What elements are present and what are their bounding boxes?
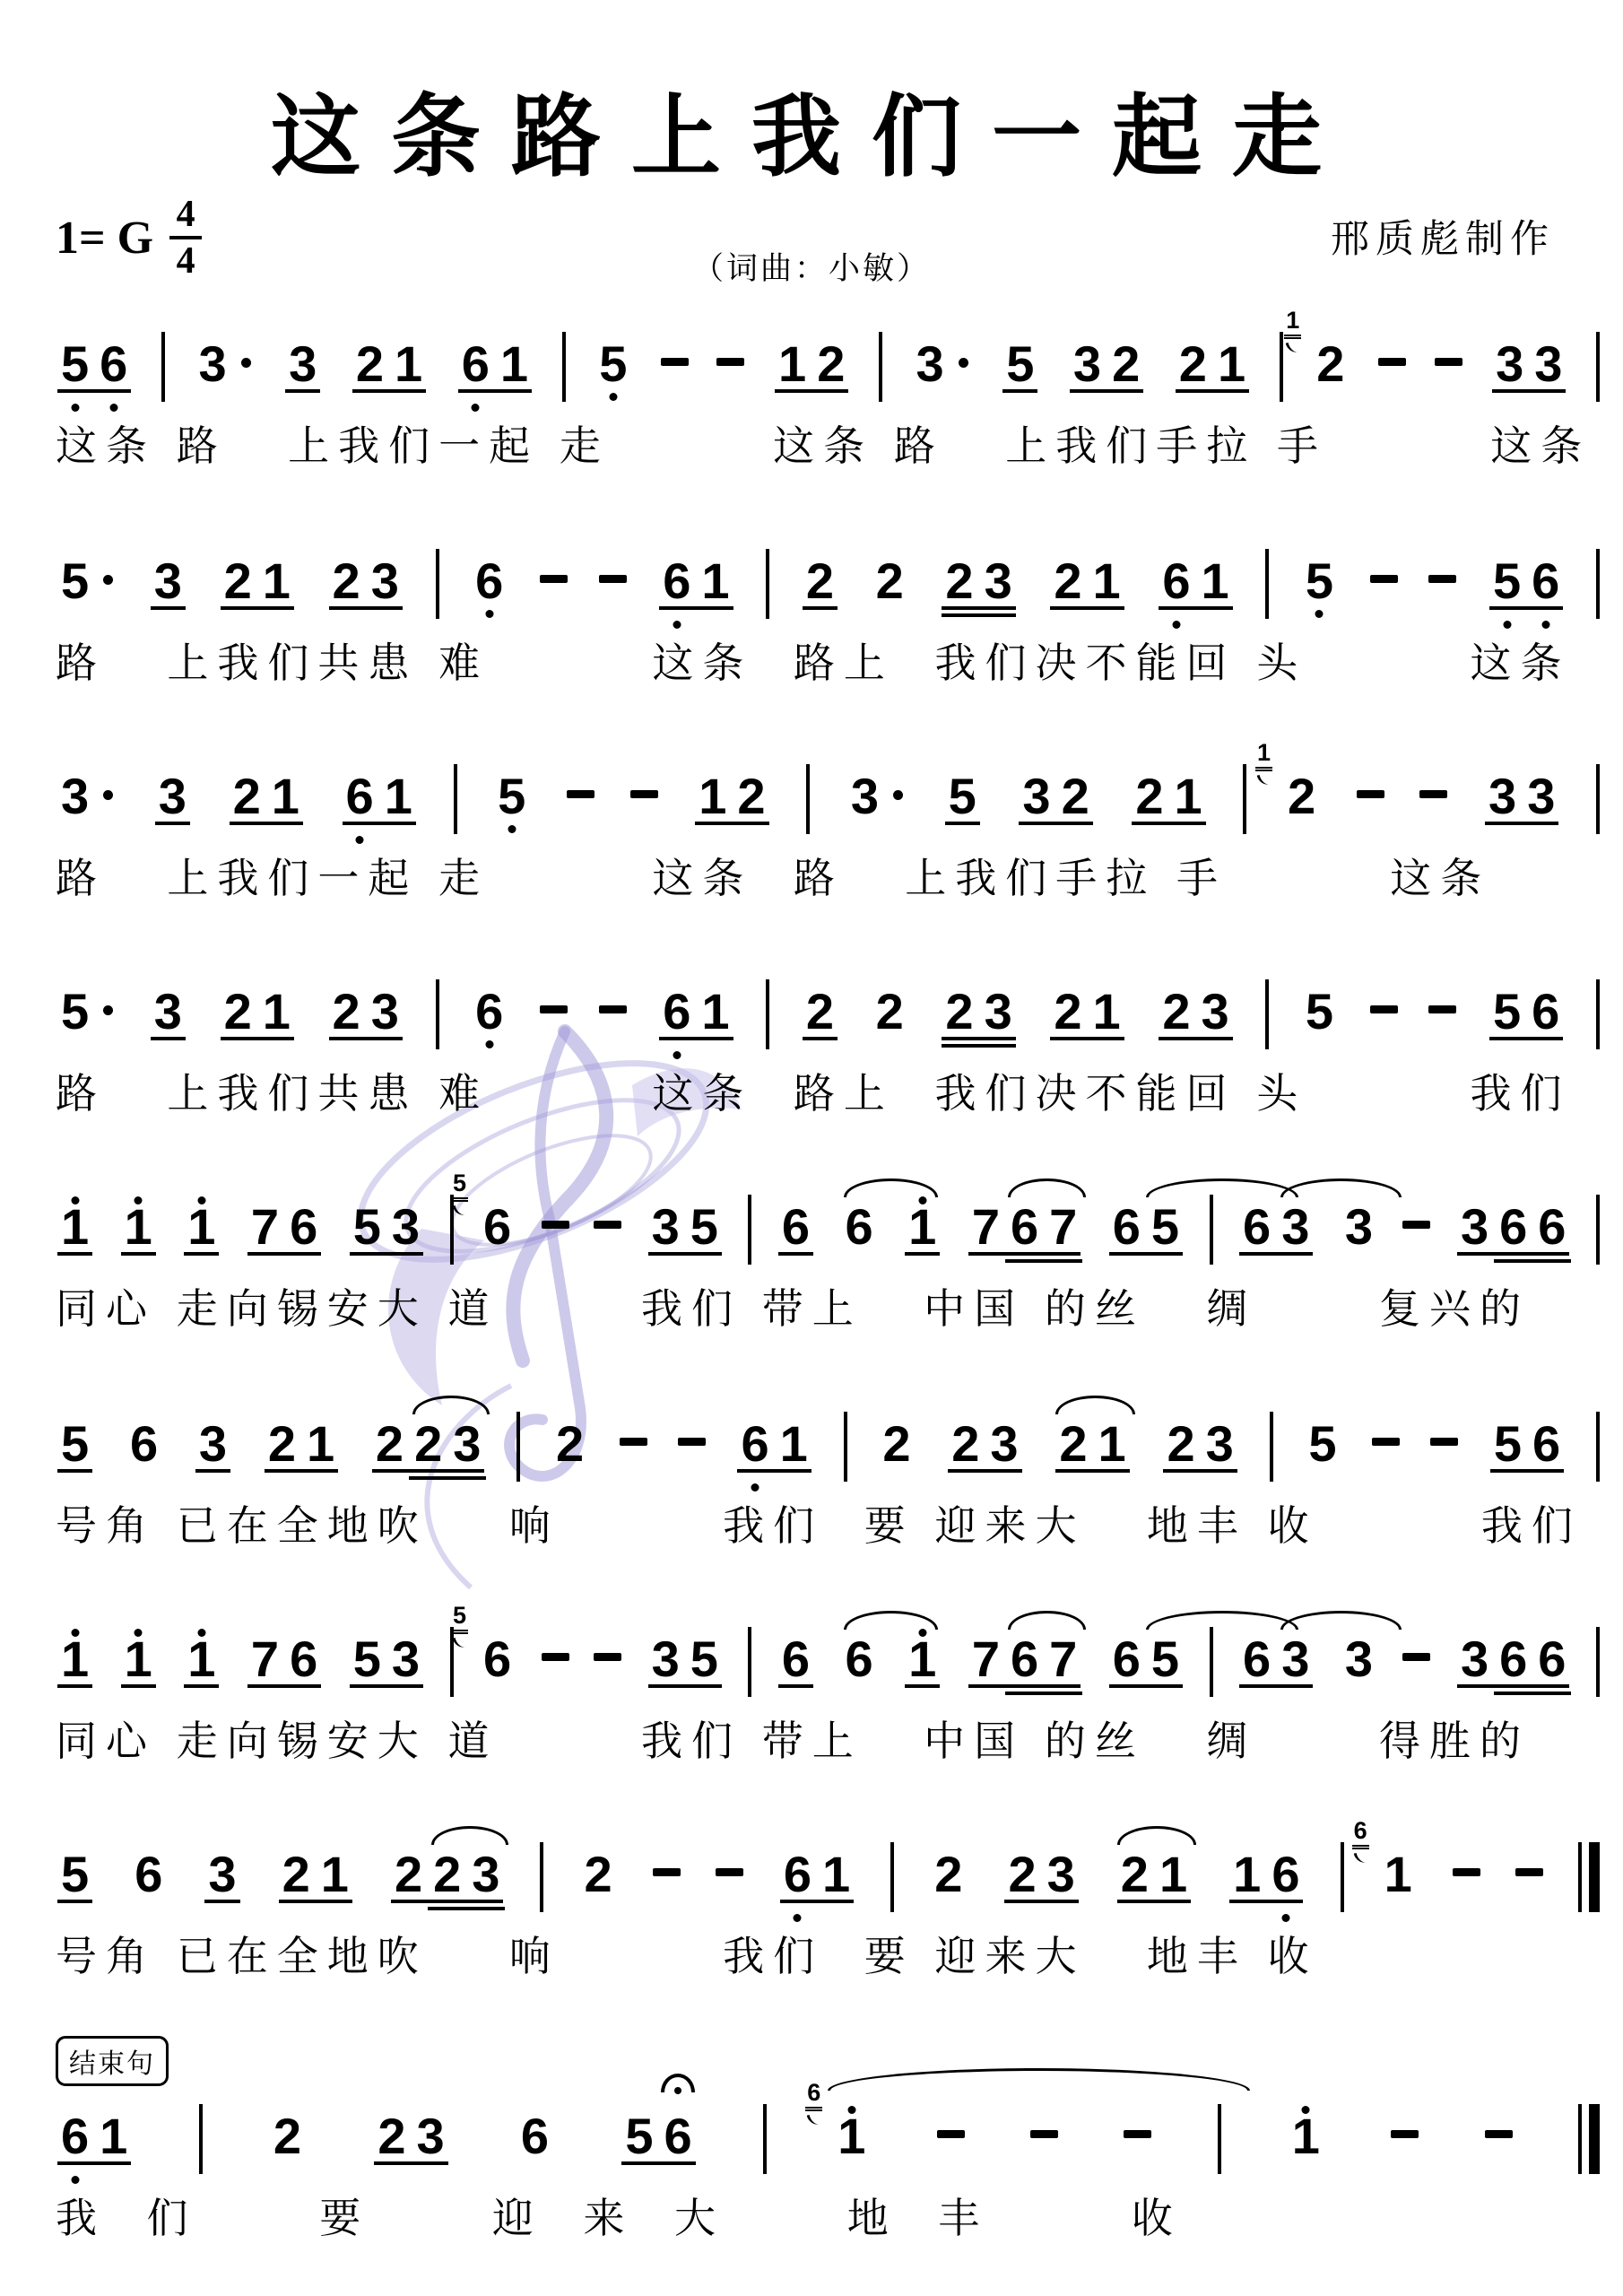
dash-note bbox=[1030, 2130, 1058, 2138]
digit-row: 32 bbox=[1068, 339, 1145, 389]
digit-glyph: 6 bbox=[1532, 1419, 1560, 1469]
digit-glyph: 6 bbox=[784, 1849, 811, 1900]
digit-row: 23 bbox=[372, 2111, 449, 2161]
beam-line bbox=[1176, 389, 1249, 393]
note-group: 5 bbox=[56, 1419, 94, 1469]
note-group: 53 bbox=[348, 1634, 425, 1684]
note-group: 61 bbox=[1157, 556, 1234, 606]
note-group: 3 bbox=[1340, 1202, 1378, 1252]
note-digit: 5 bbox=[1303, 1419, 1341, 1469]
note-digit: 6 bbox=[1237, 1202, 1276, 1252]
digit-row: 5 bbox=[1300, 987, 1339, 1037]
high-octave-dot-icon bbox=[135, 1196, 143, 1205]
slur-arc bbox=[1280, 1611, 1402, 1630]
barline bbox=[516, 1412, 520, 1482]
beam-line bbox=[1109, 1252, 1183, 1256]
digit-glyph: 7 bbox=[1049, 1202, 1077, 1252]
digit-glyph: 2 bbox=[433, 1849, 461, 1900]
high-octave-dot-icon bbox=[847, 2106, 855, 2114]
beam-subline bbox=[1005, 1692, 1082, 1695]
digit-row: 3 bbox=[149, 556, 187, 606]
note-digit: 2 bbox=[428, 1849, 466, 1900]
digit-row: 61 bbox=[657, 556, 734, 606]
barline bbox=[1596, 332, 1600, 402]
note-digit: 5 bbox=[56, 1419, 94, 1469]
note-group: 2 bbox=[551, 1419, 589, 1469]
note-group: 56 bbox=[56, 339, 133, 389]
digit-row: 3 bbox=[153, 771, 192, 822]
low-octave-dot-icon bbox=[1281, 1914, 1289, 1922]
digit-glyph: 3 bbox=[985, 556, 1012, 606]
note-group: 65 bbox=[1107, 1634, 1185, 1684]
low-octave-dot-icon bbox=[751, 1483, 759, 1492]
note-digit: 5 bbox=[1300, 556, 1339, 606]
notation-line: 563212232612232123556号角 已在全地吹 响 我们 要 迎来大… bbox=[56, 1403, 1600, 1551]
note-group: 61 bbox=[1379, 1849, 1418, 1900]
digit-row: 5 bbox=[56, 1419, 94, 1469]
digit-glyph: 1 bbox=[1218, 339, 1245, 389]
digit-glyph: 3 bbox=[371, 556, 399, 606]
note-digit: 5 bbox=[492, 771, 531, 822]
digit-glyph: 2 bbox=[1008, 1849, 1036, 1900]
note-digit: 1 bbox=[1379, 1849, 1418, 1900]
digit-glyph: 3 bbox=[1281, 1634, 1309, 1684]
note-digit: 6 bbox=[94, 339, 133, 389]
note-digit: 5 bbox=[348, 1202, 386, 1252]
note-group: 3 bbox=[283, 339, 322, 389]
digit-glyph: 5 bbox=[498, 771, 525, 822]
digit-glyph: 3 bbox=[453, 1419, 481, 1469]
note-group: 3 bbox=[149, 987, 187, 1037]
note-group: 3 bbox=[193, 339, 231, 389]
dash-note bbox=[630, 790, 658, 798]
digit-glyph: 2 bbox=[1121, 1849, 1149, 1900]
note-digit: 3 bbox=[411, 2111, 449, 2161]
note-digit: 1 bbox=[379, 771, 418, 822]
digit-row: 5 bbox=[56, 987, 94, 1037]
note-group: 63 bbox=[1237, 1634, 1315, 1684]
beam-line bbox=[374, 2161, 447, 2165]
digit-row: 2 bbox=[579, 1849, 618, 1900]
barline bbox=[1280, 332, 1283, 402]
barline bbox=[1265, 979, 1269, 1049]
digit-row: 63 bbox=[1237, 1634, 1315, 1684]
digit-glyph: 6 bbox=[1113, 1202, 1141, 1252]
digit-glyph: 2 bbox=[876, 987, 904, 1037]
note-digit: 3 bbox=[1068, 339, 1107, 389]
note-digit: 3 bbox=[979, 556, 1018, 606]
digit-glyph: 2 bbox=[333, 556, 360, 606]
note-digit: 5 bbox=[1488, 1419, 1527, 1469]
note-digit: 1 bbox=[301, 1419, 340, 1469]
note-group: 1 bbox=[56, 1202, 94, 1252]
note-digit: 2 bbox=[1282, 771, 1321, 822]
digit-glyph: 2 bbox=[806, 556, 834, 606]
beam-line bbox=[1070, 389, 1143, 393]
digit-row: 61 bbox=[1157, 556, 1234, 606]
digit-row: 2 bbox=[268, 2111, 307, 2161]
digit-row: 6 bbox=[125, 1419, 163, 1469]
lyrics-line: 号角 已在全地吹 响 我们 要 迎来大 地丰 收 我们 bbox=[56, 1501, 1600, 1551]
digit-row: 1 bbox=[56, 1202, 94, 1252]
digit-row: 3 bbox=[149, 987, 187, 1037]
notation-line: 53212366122232161556路 上我们共患 难 这条 路上 我们决不… bbox=[56, 540, 1600, 688]
digit-glyph: 6 bbox=[130, 1419, 158, 1469]
beam-line bbox=[151, 1037, 186, 1040]
notes-row: 563321615123532211233 bbox=[56, 323, 1600, 389]
note-group: 61 bbox=[456, 339, 534, 389]
note-group: 56 bbox=[478, 1202, 516, 1252]
digit-row: 3 bbox=[1340, 1202, 1378, 1252]
notes-row: 53212366122232123556 bbox=[56, 970, 1600, 1037]
note-digit: 1 bbox=[257, 556, 296, 606]
digit-glyph: 1 bbox=[780, 1419, 808, 1469]
digit-row: 3 bbox=[283, 339, 322, 389]
digit-glyph: 5 bbox=[1151, 1634, 1179, 1684]
note-group: 56 bbox=[1488, 987, 1565, 1037]
slur-arc bbox=[1008, 1611, 1085, 1630]
barline bbox=[1596, 1195, 1600, 1265]
note-digit: 6 bbox=[1494, 1202, 1532, 1252]
beam-line bbox=[1019, 822, 1092, 825]
grace-hook-icon bbox=[453, 1204, 466, 1218]
note-digit: 3 bbox=[366, 987, 404, 1037]
digit-glyph: 2 bbox=[233, 771, 261, 822]
digit-glyph: 6 bbox=[782, 1634, 810, 1684]
digit-glyph: 1 bbox=[701, 556, 729, 606]
note-group: 3 bbox=[153, 771, 192, 822]
slur-arc bbox=[1146, 1611, 1298, 1630]
digit-row: 61 bbox=[657, 987, 734, 1037]
digit-glyph: 2 bbox=[333, 987, 360, 1037]
note-digit: 5 bbox=[56, 987, 94, 1037]
beam-line bbox=[968, 1252, 1081, 1256]
low-octave-dot-icon bbox=[508, 825, 516, 833]
note-group: 3 bbox=[56, 771, 94, 822]
slur-arc bbox=[431, 1826, 508, 1845]
digit-glyph: 2 bbox=[1316, 339, 1344, 389]
note-digit: 3 bbox=[447, 1419, 486, 1469]
digit-row: 21 bbox=[1048, 556, 1125, 606]
note-digit: 1 bbox=[1154, 1849, 1193, 1900]
note-group: 6 bbox=[516, 2111, 554, 2161]
note-digit: 1 bbox=[1169, 771, 1208, 822]
slur-arc bbox=[844, 1178, 938, 1197]
note-group: 21 bbox=[277, 1849, 354, 1900]
low-octave-dot-icon bbox=[472, 404, 480, 412]
note-digit: 1 bbox=[775, 1419, 813, 1469]
digit-glyph: 6 bbox=[1271, 1849, 1299, 1900]
beam-line bbox=[195, 1469, 230, 1473]
note-group: 23 bbox=[940, 987, 1017, 1037]
note-digit: 7 bbox=[246, 1202, 284, 1252]
note-digit: 5 bbox=[594, 339, 632, 389]
note-group: 5 bbox=[1303, 1419, 1341, 1469]
digit-glyph: 3 bbox=[208, 1849, 236, 1900]
note-digit: 2 bbox=[219, 987, 257, 1037]
notation-line: 61223656611我 们 要 迎 来 大 地 丰 收 bbox=[56, 2095, 1600, 2243]
note-group: 1 bbox=[903, 1202, 942, 1252]
note-digit: 5 bbox=[685, 1634, 724, 1684]
notes-row: 563212232612232123556 bbox=[56, 1403, 1600, 1469]
dash-note bbox=[1428, 575, 1456, 583]
note-group: 21 bbox=[351, 339, 428, 389]
barline bbox=[890, 1842, 894, 1912]
note-digit: 6 bbox=[1526, 987, 1565, 1037]
beam-line bbox=[905, 1684, 940, 1688]
digit-row: 2 bbox=[877, 1419, 916, 1469]
dash-note bbox=[599, 575, 627, 583]
digit-glyph: 6 bbox=[100, 339, 127, 389]
augmentation-dot bbox=[959, 358, 968, 368]
digit-glyph: 3 bbox=[154, 556, 182, 606]
note-digit: 1 bbox=[119, 1202, 158, 1252]
note-digit: 1 bbox=[56, 1634, 94, 1684]
digit-row: 21 bbox=[263, 1419, 340, 1469]
note-digit: 5 bbox=[1300, 987, 1339, 1037]
digit-row: 2 bbox=[1311, 339, 1350, 389]
digit-glyph: 6 bbox=[1243, 1634, 1271, 1684]
digit-glyph: 6 bbox=[1113, 1634, 1141, 1684]
digit-row: 56 bbox=[620, 2111, 697, 2161]
note-group: 61 bbox=[56, 2111, 133, 2161]
digit-glyph: 2 bbox=[1167, 1419, 1194, 1469]
note-digit: 6 bbox=[777, 1634, 815, 1684]
note-group: 366 bbox=[1455, 1634, 1571, 1684]
note-digit: 2 bbox=[1107, 339, 1145, 389]
digit-glyph: 2 bbox=[1062, 771, 1089, 822]
digit-row: 21 bbox=[228, 771, 305, 822]
note-digit: 2 bbox=[801, 556, 839, 606]
beam-line bbox=[329, 606, 403, 610]
note-digit: 2 bbox=[871, 556, 909, 606]
digit-glyph: 2 bbox=[951, 1419, 979, 1469]
note-digit: 7 bbox=[1044, 1202, 1082, 1252]
note-digit: 5 bbox=[1001, 339, 1039, 389]
note-digit: 1 bbox=[316, 1849, 354, 1900]
barline bbox=[1596, 1412, 1600, 1482]
note-group: 767 bbox=[967, 1202, 1082, 1252]
digit-glyph: 2 bbox=[273, 2111, 301, 2161]
digit-row: 1 bbox=[903, 1202, 942, 1252]
digit-glyph: 3 bbox=[985, 987, 1012, 1037]
note-group: 3 bbox=[203, 1849, 241, 1900]
digit-row: 2 bbox=[801, 556, 839, 606]
dash-note bbox=[1402, 1653, 1430, 1661]
slur-arc bbox=[412, 1396, 490, 1414]
digit-row: 53 bbox=[348, 1634, 425, 1684]
digit-glyph: 2 bbox=[1135, 771, 1163, 822]
digit-row: 33 bbox=[1483, 771, 1560, 822]
digit-glyph: 5 bbox=[1306, 556, 1333, 606]
beam-line bbox=[780, 1900, 854, 1903]
maker-credit: 邢质彪制作 bbox=[1331, 209, 1555, 264]
note-digit: 2 bbox=[929, 1849, 968, 1900]
digit-glyph: 3 bbox=[371, 987, 399, 1037]
barline bbox=[806, 764, 810, 834]
note-digit: 3 bbox=[1490, 339, 1529, 389]
note-group: 1 bbox=[182, 1634, 221, 1684]
digit-glyph: 1 bbox=[1233, 1849, 1261, 1900]
digit-glyph: 6 bbox=[290, 1202, 317, 1252]
beam-line bbox=[204, 1900, 239, 1903]
final-barline bbox=[1578, 2104, 1600, 2174]
note-group: 23 bbox=[1157, 987, 1234, 1037]
beam-line bbox=[184, 1684, 219, 1688]
note-digit: 2 bbox=[1130, 771, 1168, 822]
dash-note bbox=[1402, 1221, 1430, 1229]
note-digit: 6 bbox=[470, 556, 508, 606]
digit-glyph: 3 bbox=[1022, 771, 1050, 822]
high-octave-dot-icon bbox=[918, 1629, 926, 1637]
note-digit: 1 bbox=[903, 1634, 942, 1684]
augmentation-dot bbox=[893, 790, 903, 800]
digit-glyph: 6 bbox=[1499, 1202, 1527, 1252]
beam-line bbox=[1159, 1037, 1232, 1040]
beam-line bbox=[391, 1900, 503, 1903]
beam-line bbox=[942, 1044, 1015, 1048]
digit-row: 2 bbox=[1282, 771, 1321, 822]
note-digit: 3 bbox=[149, 987, 187, 1037]
beam-line bbox=[184, 1252, 219, 1256]
note-digit: 1 bbox=[257, 987, 296, 1037]
note-digit: 1 bbox=[817, 1849, 855, 1900]
digit-glyph: 1 bbox=[1201, 556, 1228, 606]
digit-glyph: 6 bbox=[846, 1202, 873, 1252]
ending-phrase-label: 结束句 bbox=[56, 2036, 169, 2086]
dash-note bbox=[1435, 358, 1462, 366]
digit-row: 16 bbox=[1228, 1849, 1305, 1900]
note-digit: 2 bbox=[1048, 987, 1087, 1037]
digit-glyph: 2 bbox=[356, 339, 384, 389]
digit-glyph: 3 bbox=[1073, 339, 1101, 389]
barline bbox=[436, 979, 439, 1049]
note-group: 1 bbox=[56, 1634, 94, 1684]
digit-row: 33 bbox=[1490, 339, 1567, 389]
beam-line bbox=[121, 1252, 156, 1256]
lyrics-line: 同心 走向锡安大 道 我们 带上 中国 的丝 绸 复兴的 bbox=[56, 1284, 1600, 1334]
lyrics-line: 路 上我们共患 难 这条 路上 我们决不能回 头 这条 bbox=[56, 639, 1600, 688]
dash-note bbox=[1124, 2130, 1151, 2138]
note-digit: 3 bbox=[1276, 1202, 1315, 1252]
digit-row: 65 bbox=[1107, 1634, 1185, 1684]
beam-line bbox=[1055, 1469, 1129, 1473]
digit-row: 56 bbox=[1488, 556, 1565, 606]
digit-row: 32 bbox=[1017, 771, 1094, 822]
low-octave-dot-icon bbox=[71, 2176, 79, 2184]
note-group: 35 bbox=[647, 1634, 724, 1684]
low-octave-dot-icon bbox=[794, 1914, 802, 1922]
note-digit: 2 bbox=[372, 2111, 411, 2161]
digit-glyph: 6 bbox=[462, 339, 490, 389]
note-group: 23 bbox=[1002, 1849, 1080, 1900]
digit-row: 5 bbox=[56, 1849, 94, 1900]
note-digit: 1 bbox=[1228, 1849, 1266, 1900]
digit-row: 6 bbox=[129, 1849, 168, 1900]
note-group: 76 bbox=[246, 1202, 323, 1252]
beam-line bbox=[1117, 1900, 1191, 1903]
beam-line bbox=[659, 1037, 733, 1040]
digit-row: 21 bbox=[219, 987, 296, 1037]
note-group: 56 bbox=[478, 1634, 516, 1684]
digit-glyph: 5 bbox=[353, 1202, 381, 1252]
note-group: 6 bbox=[129, 1849, 168, 1900]
digit-glyph: 1 bbox=[272, 771, 299, 822]
note-digit: 1 bbox=[832, 2111, 871, 2161]
note-digit: 2 bbox=[327, 556, 366, 606]
digit-glyph: 7 bbox=[972, 1202, 1000, 1252]
digit-row: 21 bbox=[1115, 1849, 1193, 1900]
beam-line bbox=[948, 1469, 1021, 1473]
beam-line bbox=[279, 1900, 352, 1903]
grace-hook-icon bbox=[1353, 1851, 1367, 1865]
beam-line bbox=[1457, 1252, 1569, 1256]
lyrics-line: 这条 路 上我们一起 走 这条 路 上我们手拉 手 这条 bbox=[56, 422, 1600, 471]
digit-row: 223 bbox=[370, 1419, 486, 1469]
final-barline-thick bbox=[1589, 2104, 1600, 2174]
digit-row: 56 bbox=[56, 339, 133, 389]
note-group: 21 bbox=[1054, 1419, 1131, 1469]
note-digit: 1 bbox=[1093, 1419, 1132, 1469]
note-group: 5 bbox=[56, 1849, 94, 1900]
digit-glyph: 3 bbox=[61, 771, 89, 822]
digit-glyph: 2 bbox=[817, 339, 845, 389]
note-digit: 5 bbox=[56, 1849, 94, 1900]
note-group: 21 bbox=[1130, 771, 1207, 822]
note-digit: 2 bbox=[1174, 339, 1212, 389]
note-digit: 3 bbox=[283, 339, 322, 389]
note-group: 5 bbox=[943, 771, 982, 822]
digit-glyph: 2 bbox=[268, 1419, 296, 1469]
high-octave-dot-icon bbox=[1302, 2106, 1310, 2114]
digit-glyph: 3 bbox=[392, 1634, 420, 1684]
digit-glyph: 2 bbox=[882, 1419, 910, 1469]
beam-line bbox=[737, 1469, 811, 1473]
digit-row: 6 bbox=[470, 556, 508, 606]
note-group: 223 bbox=[389, 1849, 505, 1900]
digit-row: 6 bbox=[777, 1634, 815, 1684]
digit-glyph: 6 bbox=[846, 1634, 873, 1684]
note-group: 16 bbox=[1228, 1849, 1305, 1900]
note-group: 56 bbox=[1488, 556, 1565, 606]
dash-note bbox=[540, 1005, 568, 1013]
beam-line bbox=[803, 1037, 838, 1040]
digit-row: 23 bbox=[1002, 1849, 1080, 1900]
beam-line bbox=[621, 2161, 695, 2165]
low-octave-dot-icon bbox=[71, 404, 79, 412]
digit-glyph: 2 bbox=[1162, 987, 1190, 1037]
note-digit: 2 bbox=[409, 1419, 447, 1469]
note-digit: 3 bbox=[1042, 1849, 1081, 1900]
digit-row: 61 bbox=[735, 1419, 812, 1469]
digit-glyph: 1 bbox=[307, 1419, 334, 1469]
note-digit: 6 bbox=[478, 1634, 516, 1684]
grace-digit: 6 bbox=[1352, 1819, 1369, 1849]
digit-row: 3 bbox=[910, 339, 949, 389]
low-octave-dot-icon bbox=[485, 1040, 493, 1048]
beam-line bbox=[285, 389, 320, 393]
digit-glyph: 6 bbox=[1499, 1634, 1527, 1684]
digit-row: 12 bbox=[773, 339, 850, 389]
digit-row: 21 bbox=[277, 1849, 354, 1900]
low-octave-dot-icon bbox=[673, 1051, 681, 1059]
digit-row: 23 bbox=[940, 556, 1017, 606]
beam-line bbox=[57, 389, 131, 393]
dash-note bbox=[661, 358, 689, 366]
beam-line bbox=[1004, 1900, 1078, 1903]
digit-glyph: 5 bbox=[599, 339, 627, 389]
note-digit: 6 bbox=[840, 1202, 879, 1252]
